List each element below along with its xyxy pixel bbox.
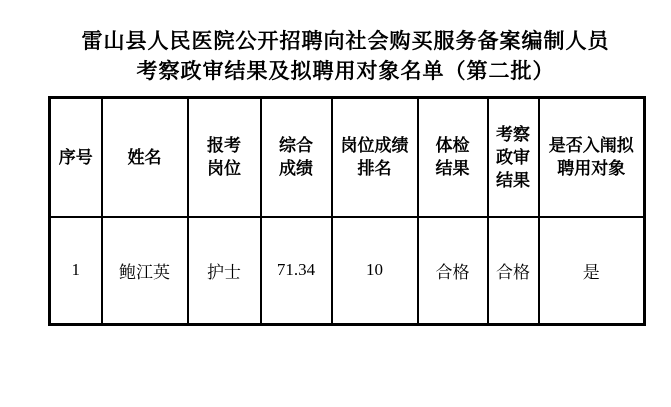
cell-applied-position: 护士 [188,217,261,325]
cell-score-rank: 10 [332,217,418,325]
header-physical-exam: 体检 结果 [418,98,488,217]
header-score-rank: 岗位成绩 排名 [332,98,418,217]
header-index: 序号 [50,98,102,217]
title-line-2: 考察政审结果及拟聘用对象名单（第二批） [48,56,643,86]
cell-composite-score: 71.34 [261,217,332,325]
cell-political-review: 合格 [488,217,539,325]
header-proposed-hire: 是否入闱拟 聘用对象 [539,98,645,217]
table-header-row: 序号 姓名 报考 岗位 综合 成绩 岗位成绩 排名 体检 结果 考察 政审 结果… [50,98,645,217]
cell-index: 1 [50,217,102,325]
header-composite-score: 综合 成绩 [261,98,332,217]
header-name: 姓名 [102,98,188,217]
cell-name: 鲍江英 [102,217,188,325]
header-applied-position: 报考 岗位 [188,98,261,217]
document-body: 雷山县人民医院公开招聘向社会购买服务备案编制人员 考察政审结果及拟聘用对象名单（… [48,0,643,326]
cell-proposed-hire: 是 [539,217,645,325]
table-row: 1 鲍江英 护士 71.34 10 合格 合格 是 [50,217,645,325]
title-line-1: 雷山县人民医院公开招聘向社会购买服务备案编制人员 [48,26,643,56]
cell-physical-exam: 合格 [418,217,488,325]
results-table: 序号 姓名 报考 岗位 综合 成绩 岗位成绩 排名 体检 结果 考察 政审 结果… [48,96,646,326]
header-political-review: 考察 政审 结果 [488,98,539,217]
page-title: 雷山县人民医院公开招聘向社会购买服务备案编制人员 考察政审结果及拟聘用对象名单（… [48,0,643,86]
